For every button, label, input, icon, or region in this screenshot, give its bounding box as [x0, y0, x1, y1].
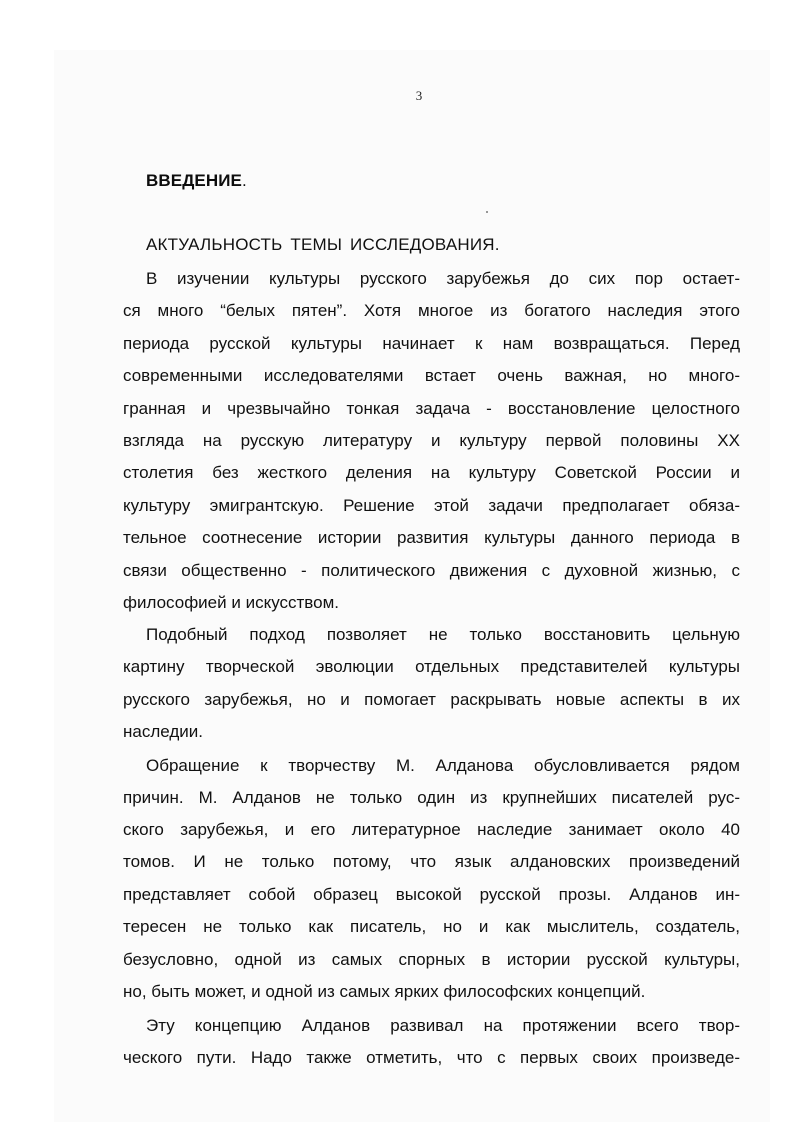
- text-line: Обращение к творчеству М. Алданова обусл…: [146, 754, 740, 778]
- text-line: культуру эмигрантскую. Решение этой зада…: [123, 494, 740, 518]
- text-line: связи общественно - политического движен…: [123, 559, 740, 583]
- text-line: ческого пути. Надо также отметить, что с…: [123, 1046, 740, 1070]
- text-line: русского зарубежья, но и помогает раскры…: [123, 688, 740, 712]
- text-line: представляет собой образец высокой русск…: [123, 883, 740, 907]
- text-line: Эту концепцию Алданов развивал на протяж…: [146, 1014, 740, 1038]
- text-line: ского зарубежья, и его литературное насл…: [123, 818, 740, 842]
- section-title-text: ВВЕДЕНИЕ: [146, 171, 242, 190]
- text-line: тельное соотнесение истории развития кул…: [123, 526, 740, 550]
- text-line: столетия без жесткого деления на культур…: [123, 461, 740, 485]
- text-line: безусловно, одной из самых спорных в ист…: [123, 948, 740, 972]
- text-line: ся много “белых пятен”. Хотя многое из б…: [123, 299, 740, 323]
- page-number: 3: [412, 88, 426, 104]
- text-line: периода русской культуры начинает к нам …: [123, 332, 740, 356]
- section-title-punct: .: [242, 171, 247, 190]
- text-line: причин. М. Алданов не только один из кру…: [123, 786, 740, 810]
- text-line: томов. И не только потому, что язык алда…: [123, 850, 740, 874]
- text-line: гранная и чрезвычайно тонкая задача - во…: [123, 397, 740, 421]
- text-line: взгляда на русскую литературу и культуру…: [123, 429, 740, 453]
- text-line: В изучении культуры русского зарубежья д…: [146, 267, 740, 291]
- subsection-title: АКТУАЛЬНОСТЬ ТЕМЫ ИССЛЕДОВАНИЯ.: [146, 235, 500, 255]
- scan-speck: [177, 349, 178, 350]
- scan-speck: [486, 211, 488, 213]
- section-title: ВВЕДЕНИЕ.: [146, 171, 247, 191]
- text-line: картину творческой эволюции отдельных пр…: [123, 655, 740, 679]
- text-line: философией и искусством.: [123, 591, 339, 615]
- text-line: Подобный подход позволяет не только восс…: [146, 623, 740, 647]
- text-line: тересен не только как писатель, но и как…: [123, 915, 740, 939]
- text-line: современными исследователями встает очен…: [123, 364, 740, 388]
- text-line: но, быть может, и одной из самых ярких ф…: [123, 980, 645, 1004]
- text-line: наследии.: [123, 720, 203, 744]
